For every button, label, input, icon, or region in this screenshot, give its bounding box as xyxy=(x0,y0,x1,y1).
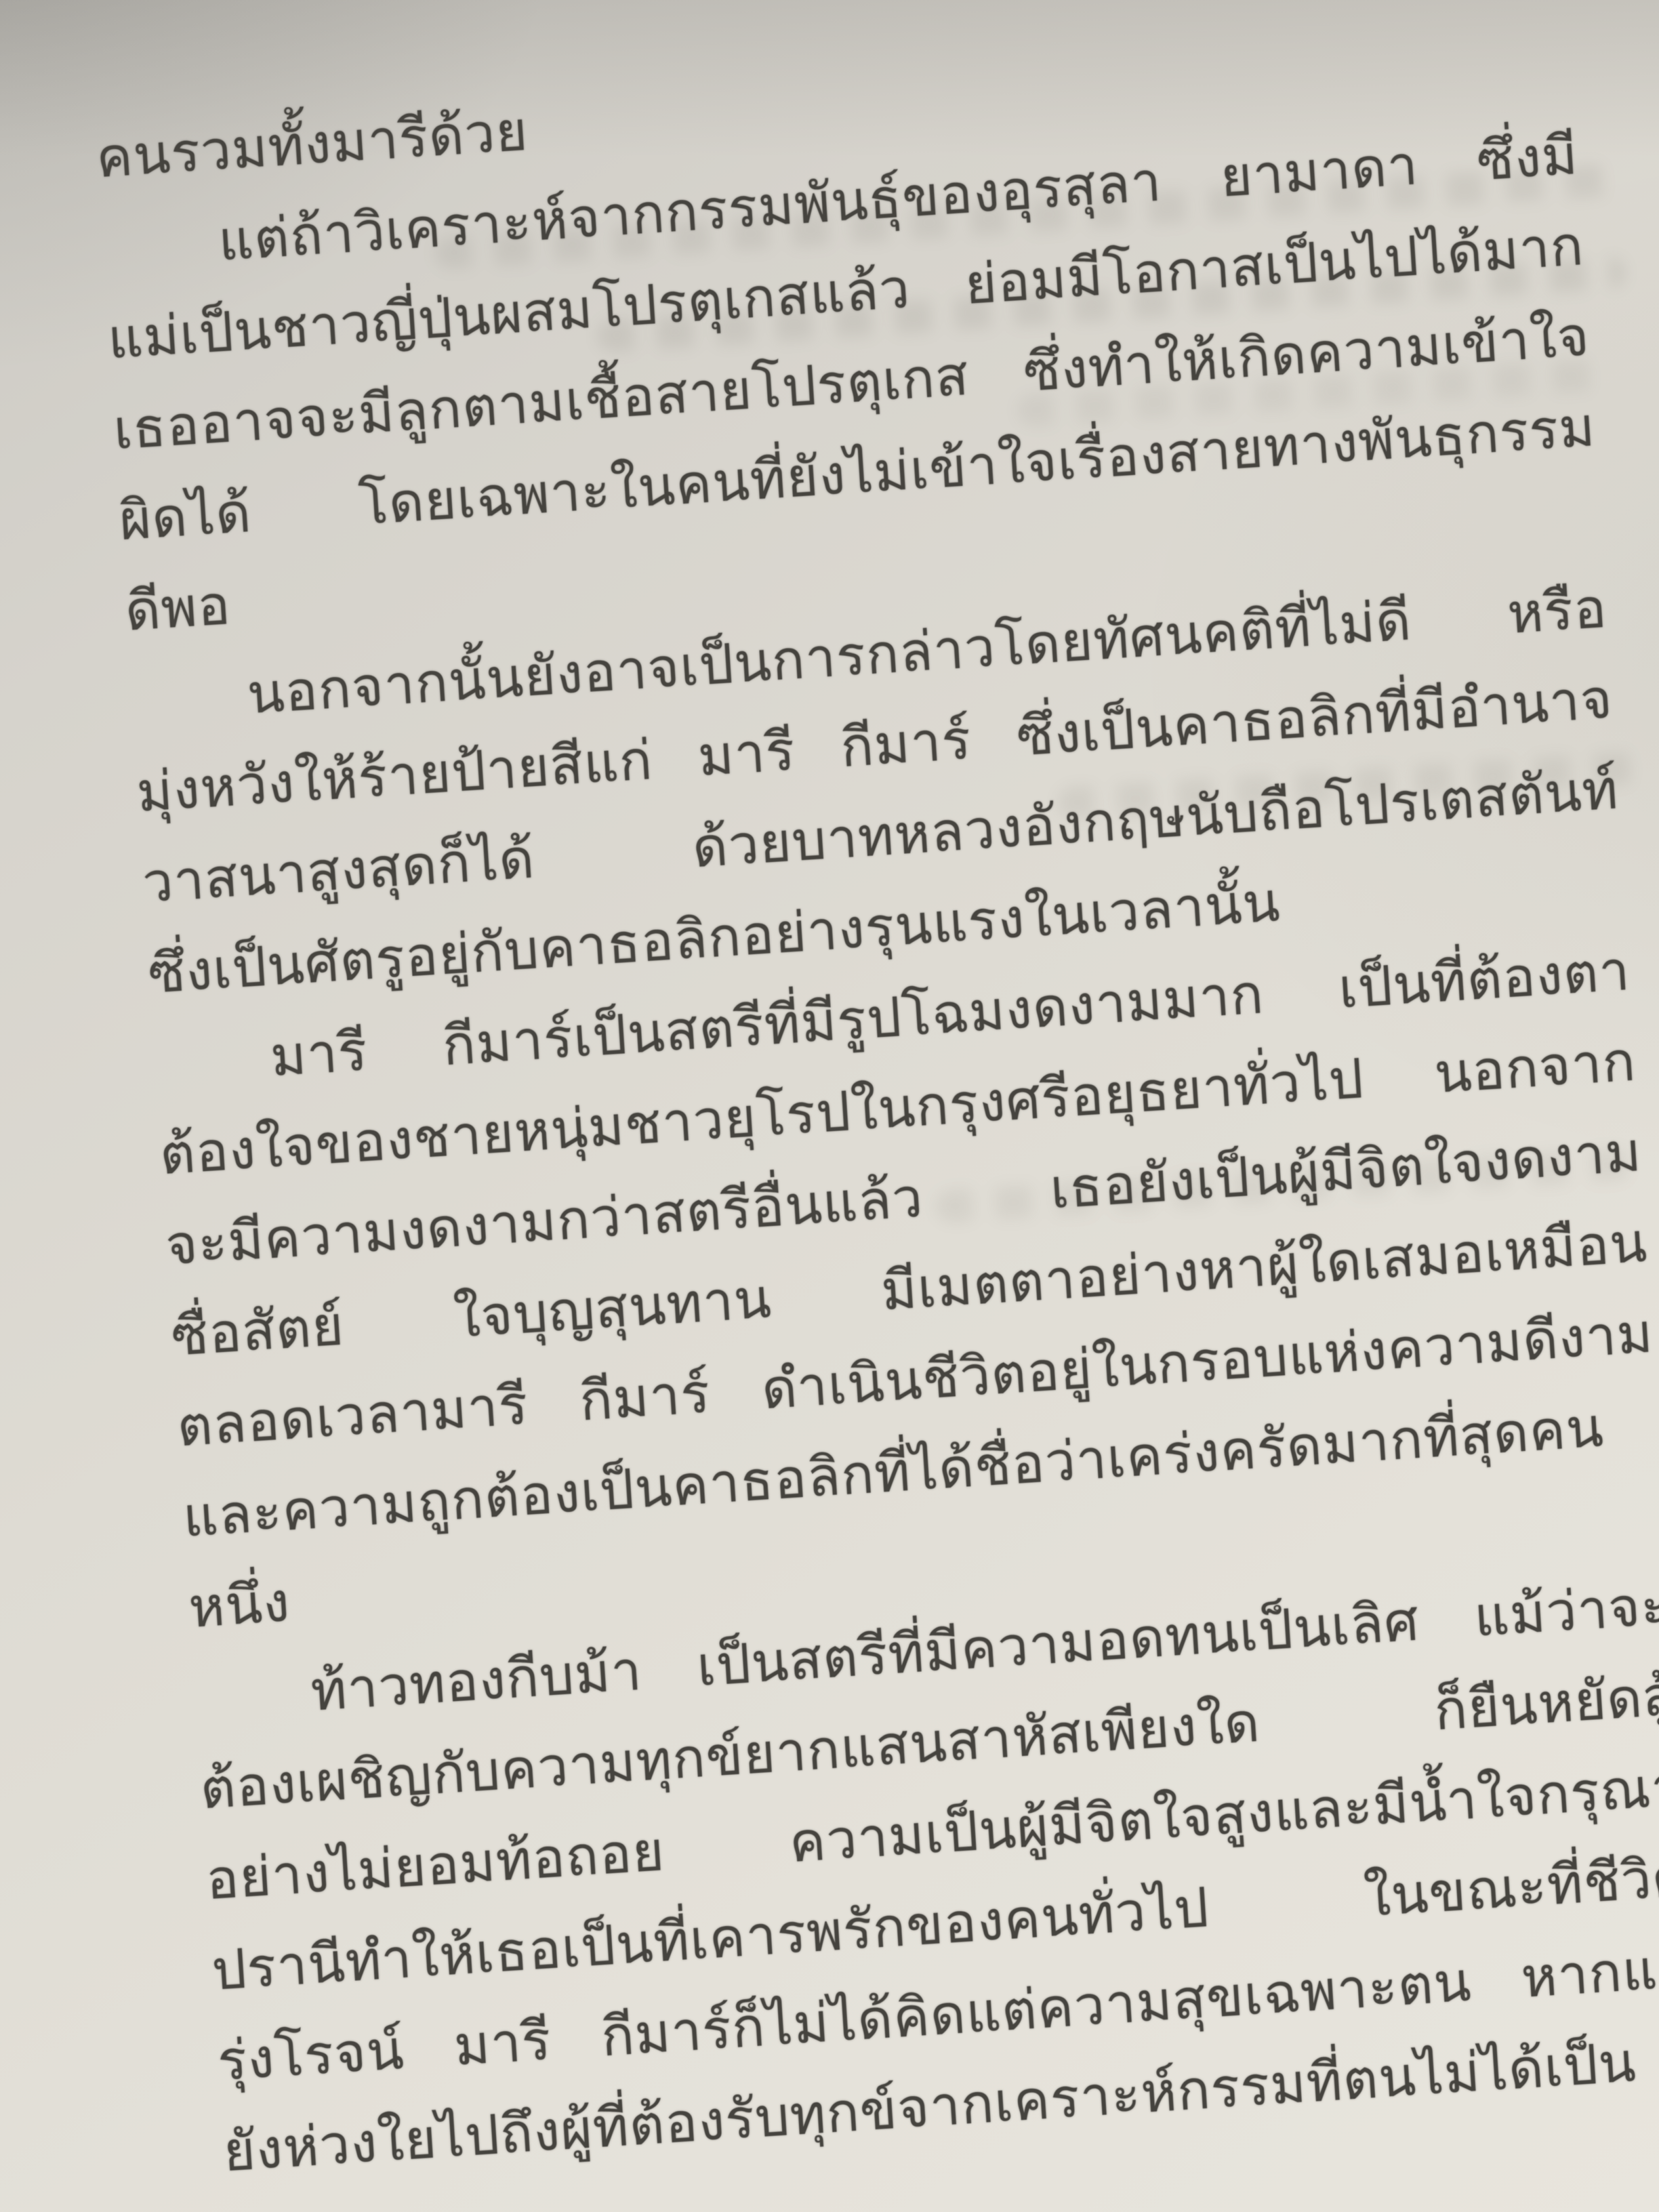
page-text: คนรวมทั้งมารีด้วยแต่ถ้าวิเคราะห์จากกรรมพ… xyxy=(94,20,1659,2198)
book-page-photo: คนรวมทั้งมารีด้วยแต่ถ้าวิเคราะห์จากกรรมพ… xyxy=(0,0,1659,2212)
